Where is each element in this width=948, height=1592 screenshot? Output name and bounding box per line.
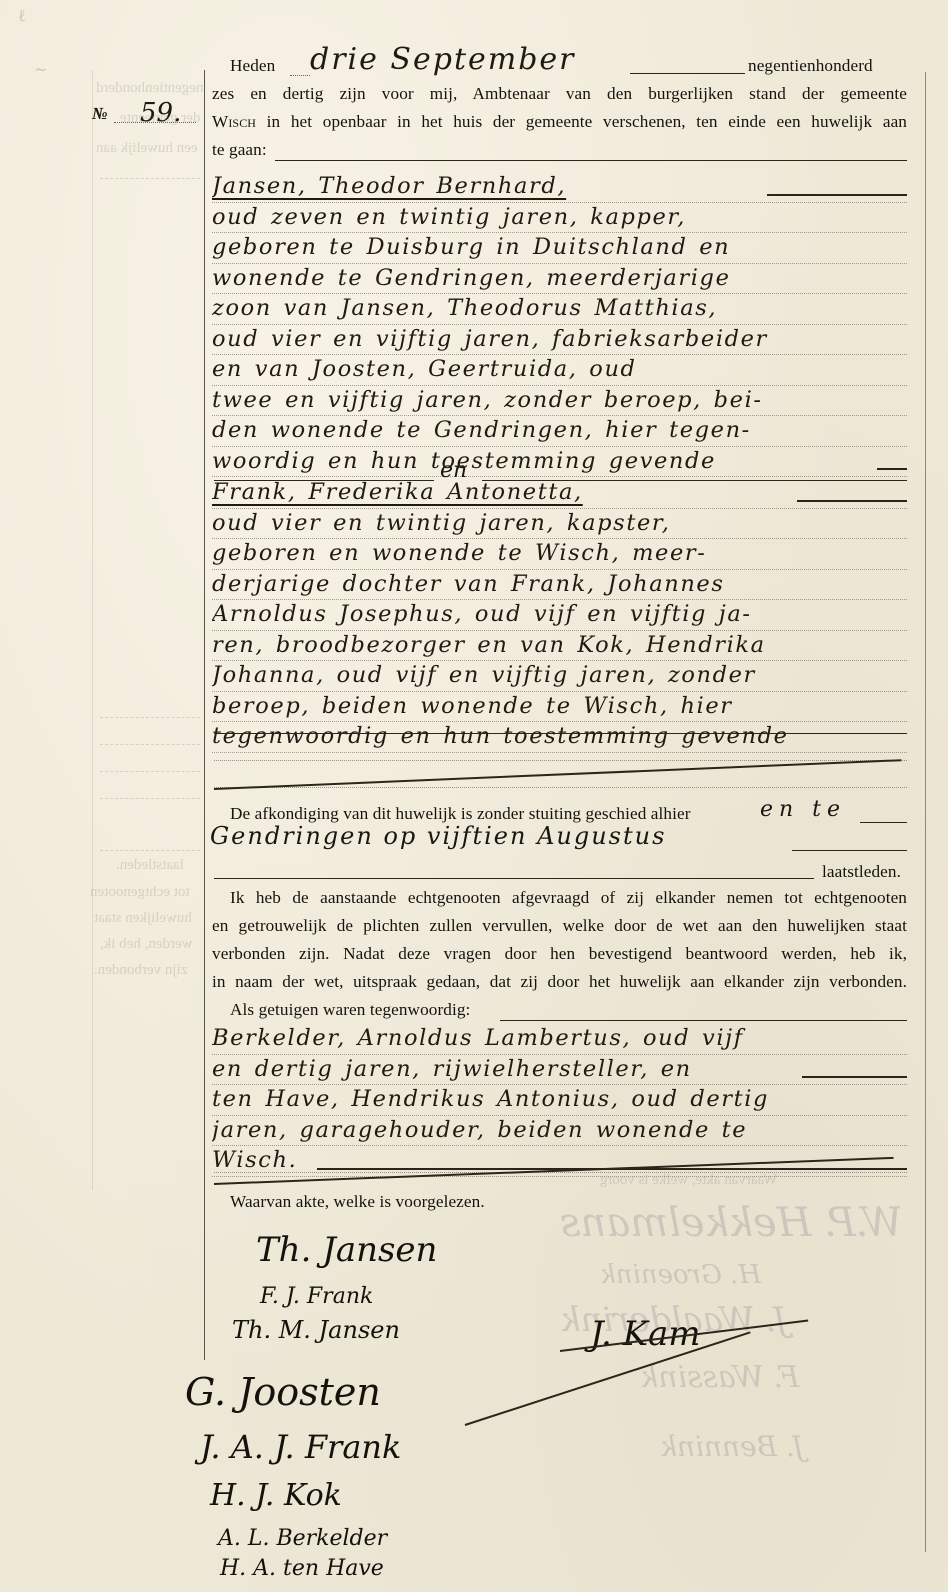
signature: G. Joosten xyxy=(185,1370,381,1414)
bleed-through-rule xyxy=(100,798,200,799)
proclamation-hand-2: Gendringen op vijftien Augustus xyxy=(210,822,666,850)
groom-line: wonende te Gendringen, meerderjarige xyxy=(212,264,907,295)
signature: J. A. J. Frank xyxy=(200,1428,401,1466)
laatstleden: laatstleden. xyxy=(822,858,901,886)
bleed-through-rule xyxy=(100,717,200,718)
bride-name: Frank, Frederika Antonetta, xyxy=(212,478,907,509)
bleed-through-text: werden, heb ik, xyxy=(100,936,192,953)
groom-line: zoon van Jansen, Theodorus Matthias, xyxy=(212,294,907,325)
blank-dotted-rule xyxy=(214,760,907,761)
groom-section: Jansen, Theodor Bernhard, oud zeven en t… xyxy=(212,172,907,477)
witness-line: jaren, garagehouder, beiden wonende te xyxy=(212,1116,907,1147)
groom-line: woordig en hun toestemming gevende xyxy=(212,447,907,478)
signature: A. L. Berkelder xyxy=(218,1526,387,1551)
bleed-through-signature: F. Wassink xyxy=(640,1360,799,1395)
proclamation-fill-2 xyxy=(792,850,907,851)
bride-section: Frank, Frederika Antonetta, oud vier en … xyxy=(212,478,907,753)
intro-year-suffix: negentienhonderd xyxy=(748,52,873,80)
witness-line: en dertig jaren, rijwielhersteller, en xyxy=(212,1055,907,1086)
declaration-line: in naam der wet, uitspraak gedaan, dat z… xyxy=(212,968,907,996)
act-number-label: № xyxy=(92,104,108,124)
witnesses-section: Berkelder, Arnoldus Lambertus, oud vijf … xyxy=(212,1024,907,1177)
bleed-through-text: laatstleden. xyxy=(116,857,184,874)
pencil-mark: ~ xyxy=(34,60,47,79)
intro-heden: Heden xyxy=(230,52,275,80)
groom-line: oud zeven en twintig jaren, kapper, xyxy=(212,203,907,234)
signature: Th. Jansen xyxy=(256,1230,437,1270)
blank-dotted-rule xyxy=(214,1172,907,1173)
signature: H. A. ten Have xyxy=(220,1556,384,1581)
bleed-through-signature: W.P. Hekkelmans xyxy=(560,1200,903,1246)
proclamation-hand-1: en te xyxy=(760,797,846,822)
signature: H. J. Kok xyxy=(210,1478,342,1513)
blank-fill-rule xyxy=(214,733,907,734)
bleed-through-column xyxy=(92,70,203,1190)
intro-line-4: te gaan: xyxy=(212,136,267,164)
margin-rule-left xyxy=(204,70,205,1360)
municipality-name: Wisch xyxy=(212,112,256,131)
groom-line: geboren te Duisburg in Duitschland en xyxy=(212,233,907,264)
date-fill-rule xyxy=(630,73,745,74)
bride-line: Arnoldus Josephus, oud vijf en vijftig j… xyxy=(212,600,907,631)
bleed-through-text: tot echtgenooten xyxy=(90,884,190,901)
bleed-through-text: een huwelijk aan xyxy=(96,140,198,157)
declaration-line: en getrouwelijk de plichten zullen vervu… xyxy=(212,912,907,940)
proclamation-fill-3 xyxy=(214,878,814,879)
bleed-through-text: zijn verbonden. xyxy=(94,962,187,979)
groom-name: Jansen, Theodor Bernhard, xyxy=(212,172,907,203)
proclamation-fill xyxy=(860,822,907,823)
witnesses-label: Als getuigen waren tegenwoordig: xyxy=(230,996,470,1024)
bleed-through-signature: H. Groenink xyxy=(600,1260,761,1290)
groom-line: oud vier en vijftig jaren, fabrieksarbei… xyxy=(212,325,907,356)
bride-line: derjarige dochter van Frank, Johannes xyxy=(212,570,907,601)
declaration-line: Ik heb de aanstaande echtgenooten afgevr… xyxy=(230,884,907,912)
bleed-through-text: negentienhonderd xyxy=(96,80,203,97)
intro-line-2: zes en dertig zijn voor mij, Ambtenaar v… xyxy=(212,80,907,108)
bride-line: tegenwoordig en hun toestemming gevende xyxy=(212,722,907,753)
act-number: 59. xyxy=(140,98,181,128)
witness-line: Berkelder, Arnoldus Lambertus, oud vijf xyxy=(212,1024,907,1055)
bleed-through-rule xyxy=(100,850,200,851)
declaration-line: verbonden zijn. Nadat deze vragen door h… xyxy=(212,940,907,968)
te-gaan-rule xyxy=(275,160,907,161)
bride-line: Johanna, oud vijf en vijftig jaren, zond… xyxy=(212,661,907,692)
document-page: ℓ ~ negentienhonderd der gemeente een hu… xyxy=(0,0,948,1592)
pencil-mark: ℓ xyxy=(18,6,26,26)
blank-dotted-rule xyxy=(214,787,907,788)
date-handwritten: drie September xyxy=(310,42,576,77)
closing-text: Waarvan akte, welke is voorgelezen. xyxy=(230,1188,485,1216)
groom-line: en van Joosten, Geertruida, oud xyxy=(212,355,907,386)
cancel-stroke xyxy=(214,759,901,790)
bleed-through-signature: J. Bennink xyxy=(660,1430,804,1463)
signature: Th. M. Jansen xyxy=(232,1316,400,1344)
bleed-through-rule xyxy=(100,771,200,772)
bleed-through-text: huwelijken staat xyxy=(94,910,192,927)
bleed-through-rule xyxy=(100,178,200,179)
bride-line: ren, broodbezorger en van Kok, Hendrika xyxy=(212,631,907,662)
bleed-through-rule xyxy=(100,744,200,745)
bride-line: oud vier en twintig jaren, kapster, xyxy=(212,509,907,540)
witnesses-label-rule xyxy=(500,1020,907,1021)
bride-line: beroep, beiden wonende te Wisch, hier xyxy=(212,692,907,723)
margin-rule-right xyxy=(925,72,926,1552)
heden-label: Heden xyxy=(230,56,275,75)
groom-line: twee en vijftig jaren, zonder beroep, be… xyxy=(212,386,907,417)
witness-line: ten Have, Hendrikus Antonius, oud dertig xyxy=(212,1085,907,1116)
bride-line: geboren en wonende te Wisch, meer- xyxy=(212,539,907,570)
groom-line: den wonende te Gendringen, hier tegen- xyxy=(212,416,907,447)
intro-line-3: Wisch in het openbaar in het huis der ge… xyxy=(212,108,907,136)
date-dots xyxy=(290,74,310,76)
signature: F. J. Frank xyxy=(260,1284,373,1309)
